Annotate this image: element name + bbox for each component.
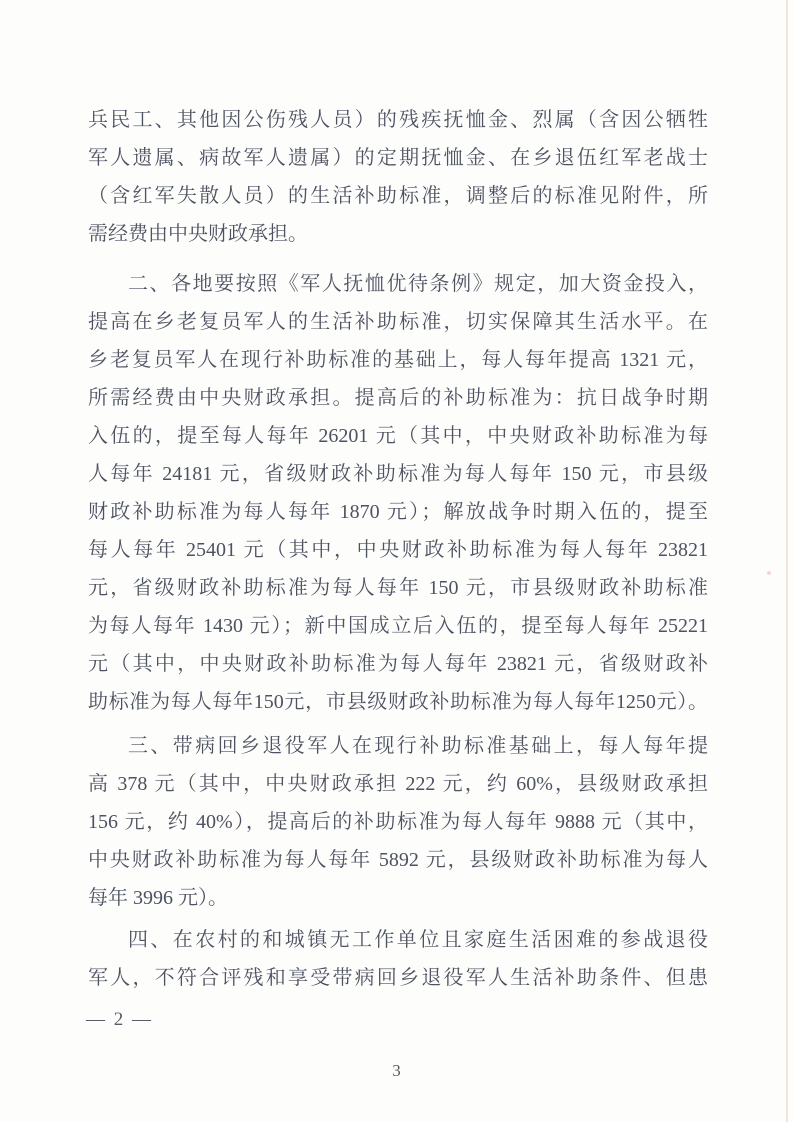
- text-line: 为每人每年 1430 元）；新中国成立后入伍的，提至每人每年 25221: [88, 607, 708, 645]
- text-line: 每人每年 25401 元（其中，中央财政补助标准为每人每年 23821: [88, 531, 708, 569]
- text-line: 需经费由中央财政承担。: [88, 215, 708, 253]
- paragraph: 二、各地要按照《军人抚恤优待条例》规定，加大资金投入，提高在乡老复员军人的生活补…: [88, 265, 708, 721]
- scan-speck-artifact: [767, 571, 771, 575]
- text-line: 156 元，约 40%），提高后的补助标准为每人每年 9888 元（其中，: [88, 803, 708, 841]
- text-line: 兵民工、其他因公伤残人员）的残疾抚恤金、烈属（含因公牺牲: [88, 101, 708, 139]
- paragraph: 四、在农村的和城镇无工作单位且家庭生活困难的参战退役军人，不符合评残和享受带病回…: [88, 921, 708, 997]
- text-line: 所需经费由中央财政承担。提高后的补助标准为：抗日战争时期: [88, 379, 708, 417]
- text-line: （含红军失散人员）的生活补助标准，调整后的标准见附件，所: [88, 177, 708, 215]
- scan-edge-artifact: [786, 0, 788, 1122]
- text-line: 军人，不符合评残和享受带病回乡退役军人生活补助条件、但患: [88, 959, 708, 997]
- text-line: 入伍的，提至每人每年 26201 元（其中，中央财政补助标准为每: [88, 417, 708, 455]
- text-line: 二、各地要按照《军人抚恤优待条例》规定，加大资金投入，: [88, 265, 708, 303]
- document-body: 兵民工、其他因公伤残人员）的残疾抚恤金、烈属（含因公牺牲军人遗属、病故军人遗属）…: [88, 101, 708, 997]
- document-page-number-footer: — 2 —: [86, 1006, 153, 1034]
- text-line: 四、在农村的和城镇无工作单位且家庭生活困难的参战退役: [88, 921, 708, 959]
- text-line: 元，省级财政补助标准为每人每年 150 元，市县级财政补助标准: [88, 569, 708, 607]
- text-line: 三、带病回乡退役军人在现行补助标准基础上，每人每年提: [88, 727, 708, 765]
- text-line: 中央财政补助标准为每人每年 5892 元，县级财政补助标准为每人: [88, 841, 708, 879]
- scan-page-number: 3: [0, 1058, 793, 1084]
- text-line: 每年 3996 元）。: [88, 879, 708, 917]
- text-line: 提高在乡老复员军人的生活补助标准，切实保障其生活水平。在: [88, 303, 708, 341]
- text-line: 人每年 24181 元，省级财政补助标准为每人每年 150 元，市县级: [88, 455, 708, 493]
- text-line: 助标准为每人每年150元，市县级财政补助标准为每人每年1250元）。: [88, 683, 708, 721]
- paragraph: 兵民工、其他因公伤残人员）的残疾抚恤金、烈属（含因公牺牲军人遗属、病故军人遗属）…: [88, 101, 708, 253]
- document-page: 兵民工、其他因公伤残人员）的残疾抚恤金、烈属（含因公牺牲军人遗属、病故军人遗属）…: [0, 0, 793, 1122]
- text-line: 财政补助标准为每人每年 1870 元）；解放战争时期入伍的，提至: [88, 493, 708, 531]
- paragraph: 三、带病回乡退役军人在现行补助标准基础上，每人每年提高 378 元（其中，中央财…: [88, 727, 708, 917]
- text-line: 高 378 元（其中，中央财政承担 222 元，约 60%，县级财政承担: [88, 765, 708, 803]
- text-line: 军人遗属、病故军人遗属）的定期抚恤金、在乡退伍红军老战士: [88, 139, 708, 177]
- text-line: 元（其中，中央财政补助标准为每人每年 23821 元，省级财政补: [88, 645, 708, 683]
- text-line: 乡老复员军人在现行补助标准的基础上，每人每年提高 1321 元，: [88, 341, 708, 379]
